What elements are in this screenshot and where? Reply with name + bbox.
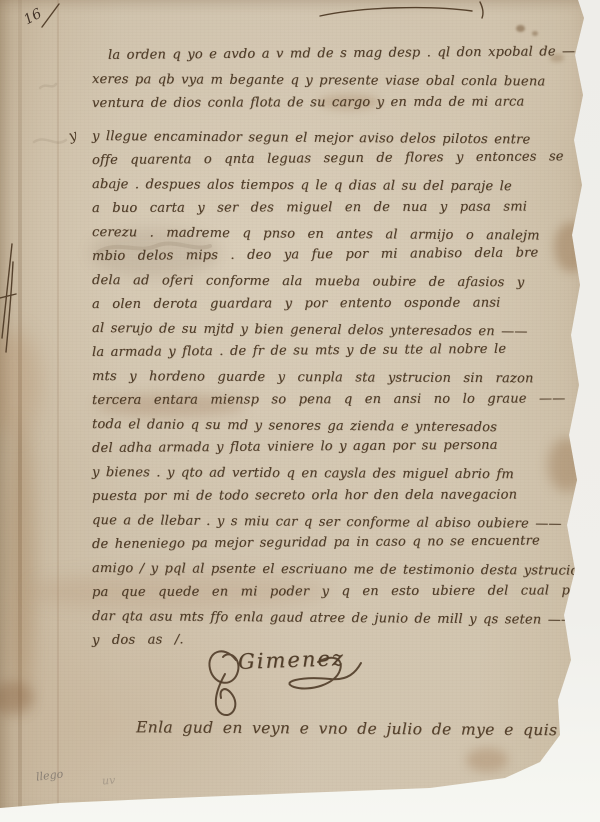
manuscript-page: 16 y la orden q yo e avdo a v md de s ma… — [0, 0, 600, 822]
paragraph-mark: y — [67, 127, 79, 145]
manuscript-line: a buo carta y ser des miguel en de nua y… — [92, 195, 570, 221]
paper-crease — [18, 0, 22, 822]
paper-stain — [532, 31, 538, 36]
letter-body: la orden q yo e avdo a v md de s mag des… — [92, 44, 570, 653]
signature-block: Gimenez — [198, 642, 378, 726]
dateline-text: Enla gud en veyn e vno de julio de mye e… — [136, 718, 600, 739]
manuscript-line: la orden q yo e avdo a v md de s mag des… — [92, 40, 570, 68]
manuscript-line: puesta por mi de todo secreto orla hor d… — [92, 483, 570, 509]
folio-number: 16 — [21, 6, 44, 28]
manuscript-line: del adha armada y flota viniere lo y aga… — [92, 433, 570, 461]
top-tick-stroke — [480, 2, 483, 18]
paper-stain — [466, 748, 508, 772]
paper-stain — [0, 682, 34, 714]
margin-pen-stroke — [6, 262, 13, 352]
margin-pen-stroke — [2, 244, 12, 338]
manuscript-line: la armada y flota . de fr de su mts y de… — [92, 337, 570, 365]
margin-pen-stroke — [0, 294, 16, 298]
ink-bleedthrough-squiggle — [34, 139, 66, 142]
manuscript-line: tercera entara miensp so pena q en ansi … — [92, 387, 570, 413]
ink-bleedthrough-squiggle — [40, 84, 56, 88]
paper-stain — [516, 25, 525, 32]
pencil-annotation: llego — [35, 767, 64, 783]
signature-name: Gimenez — [238, 646, 346, 674]
top-swash-stroke — [320, 8, 472, 16]
scan-background: 16 y la orden q yo e avdo a v md de s ma… — [0, 0, 600, 822]
manuscript-line: a olen derota guardara y por entento osp… — [92, 291, 570, 317]
dateline: Enla gud en veyn e vno de julio de mye e… — [136, 718, 600, 739]
manuscript-line: ventura de dios conla flota de su cargo … — [92, 90, 570, 116]
manuscript-line: de heneniego pa mejor seguridad pa in ca… — [92, 529, 570, 557]
manuscript-line: mbio delos mips . deo ya fue por mi anab… — [92, 241, 570, 269]
paper-crease — [57, 0, 59, 822]
pencil-annotation: uv — [102, 774, 116, 788]
manuscript-line: pa que quede en mi poder y q en esto ubi… — [92, 579, 570, 605]
manuscript-line: offe quarenta o qnta leguas segun de flo… — [92, 145, 570, 173]
